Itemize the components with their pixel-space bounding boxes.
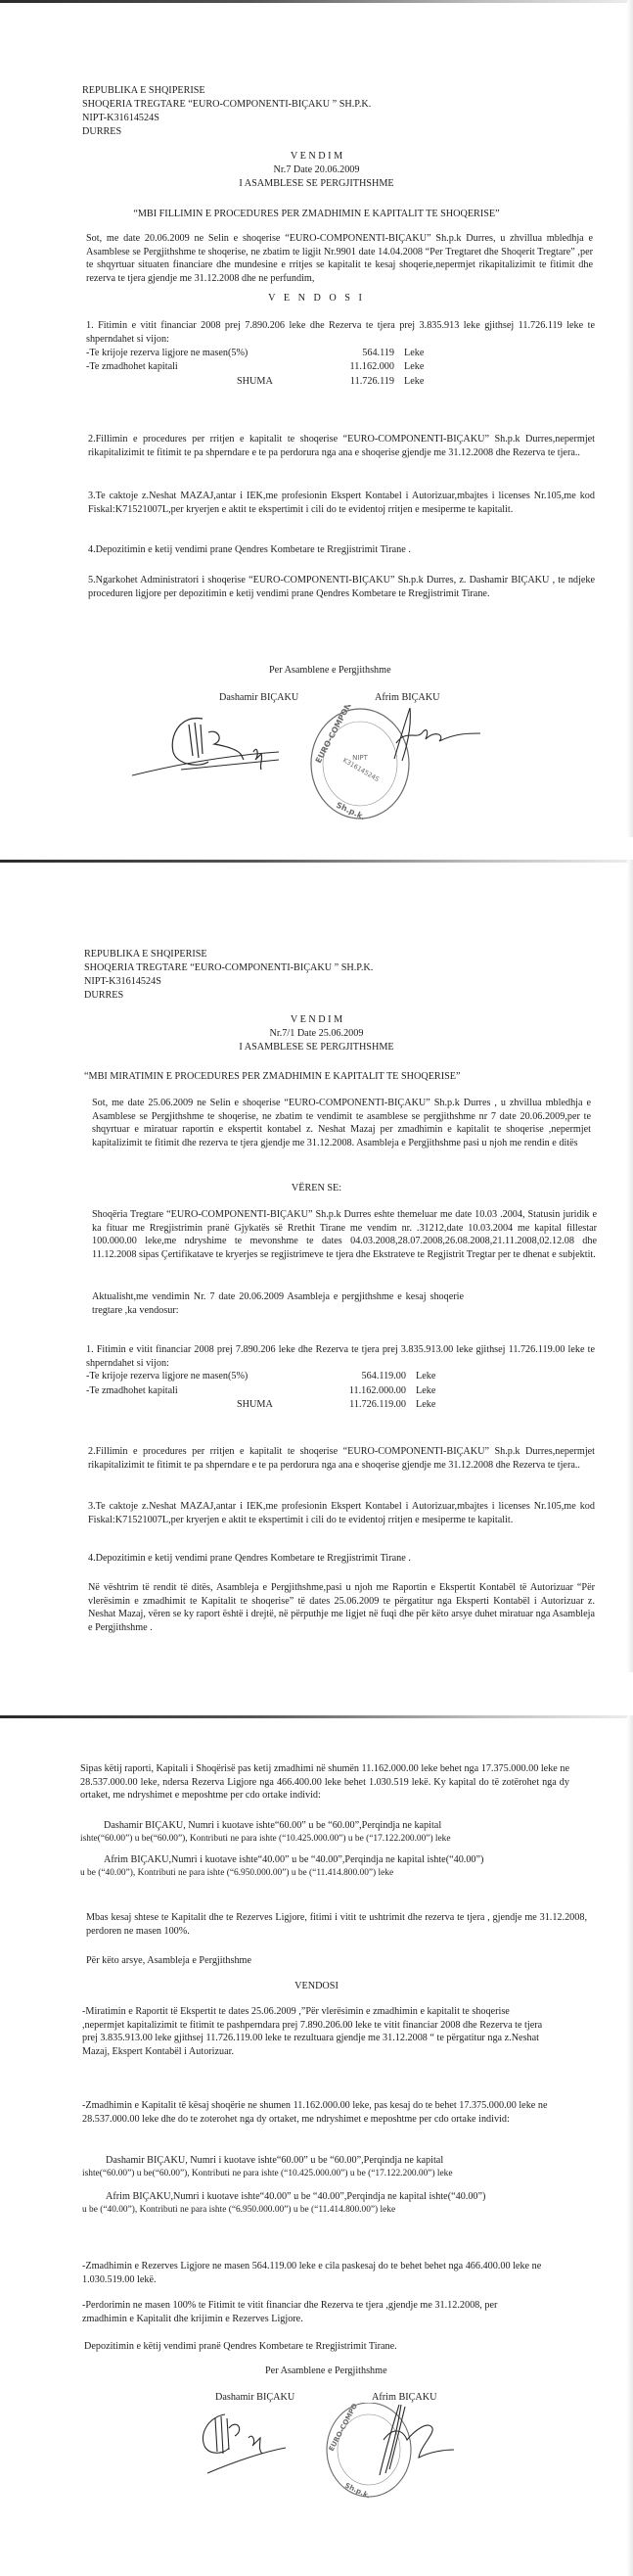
item-3: 3.Te caktoje z.Neshat MAZAJ,antar i IEK,… bbox=[88, 1500, 595, 1526]
table-total-unit: Leke bbox=[404, 376, 424, 387]
founding-paragraph: Shoqëria Tregtare “EURO-COMPONENTI-BIÇAK… bbox=[92, 1208, 597, 1261]
header-republic: REPUBLIKA E SHQIPERISE bbox=[82, 84, 205, 97]
partner-2-line-2: u be (“40.00”), Kontributi ne para ishte… bbox=[82, 2204, 395, 2217]
svg-text:NIPT: NIPT bbox=[352, 754, 369, 762]
svg-text:EURO-COMPO: EURO-COMPO bbox=[328, 2403, 359, 2453]
review-paragraph: Në vështrim të rendit të ditës, Asamblej… bbox=[88, 1581, 595, 1634]
decision-number: Nr.7 Date 20.06.2009 bbox=[0, 164, 633, 175]
table-total-unit: Leke bbox=[416, 1399, 435, 1410]
table-row-unit: Leke bbox=[416, 1371, 435, 1382]
page-3: Sipas këtij raporti, Kapitali i Shoqëris… bbox=[0, 1715, 633, 2576]
table-row-amount: 11.162.000 bbox=[306, 361, 394, 372]
partner-text: Afrim BIÇAKU,Numri i kuotave ishte“40.00… bbox=[104, 1854, 483, 1865]
page-edge bbox=[0, 1715, 633, 1718]
decision-body: I ASAMBLESE SE PERGJITHSHME bbox=[0, 178, 633, 189]
notes-heading: VËREN SE: bbox=[0, 1183, 633, 1194]
table-row-amount: 11.162.000.00 bbox=[318, 1385, 406, 1396]
page-edge bbox=[0, 0, 633, 3]
table-row-amount: 564.119.00 bbox=[318, 1371, 406, 1382]
header-company: SHOQERIA TREGTARE “EURO-COMPONENTI-BIÇAK… bbox=[82, 98, 371, 111]
partner-2-line-1: Afrim BIÇAKU,Numri i kuotave ishte“40.00… bbox=[82, 2190, 485, 2203]
intro-paragraph: Sot, me date 20.06.2009 ne Selin e shoqe… bbox=[86, 232, 593, 285]
signature-1 bbox=[132, 705, 298, 783]
page-edge bbox=[627, 860, 633, 1672]
partner-text: Dashamir BIÇAKU, Numri i kuotave ishte“6… bbox=[104, 1820, 441, 1831]
header-nipt: NIPT-K31614524S bbox=[84, 975, 161, 988]
after-paragraph: Mbas kesaj shtese te Kapitalit dhe te Re… bbox=[86, 1911, 587, 1938]
partner-1-line-2: ishte(“60.00”) u be(“60.00”), Kontributi… bbox=[82, 2168, 453, 2180]
capital-increase-paragraph: -Zmadhimin e Kapitalit të kësaj shoqërie… bbox=[82, 2099, 552, 2126]
partner-2-line-2: u be (“40.00”), Kontributi ne para ishte… bbox=[80, 1867, 393, 1880]
header-city: DURRES bbox=[82, 125, 121, 138]
report-paragraph: Sipas këtij raporti, Kapitali i Shoqëris… bbox=[80, 1762, 569, 1803]
signature-1 bbox=[196, 2409, 294, 2477]
partner-1-line-2: ishte(“60.00”) u be(“60.00”), Kontributi… bbox=[80, 1833, 451, 1846]
decision-number: Nr.7/1 Date 25.06.2009 bbox=[0, 1028, 633, 1039]
decides-heading: VENDOSI bbox=[0, 1981, 633, 1991]
partner-text: Dashamir BIÇAKU, Numri i kuotave ishte“6… bbox=[106, 2155, 443, 2166]
item-5: 5.Ngarkohet Administratori i shoqerise “… bbox=[88, 574, 595, 600]
page-edge bbox=[627, 0, 633, 837]
decision-title: V E N D I M bbox=[0, 1014, 633, 1025]
table-total-amount: 11.726.119.00 bbox=[318, 1399, 406, 1410]
decision-subject: “MBI MIRATIMIN E PROCEDURES PER ZMADHIMI… bbox=[84, 1070, 461, 1083]
page-edge bbox=[627, 1715, 633, 2576]
current-paragraph: Aktualisht,me vendimin Nr. 7 date 20.06.… bbox=[92, 1290, 464, 1317]
item-1: 1. Fitimin e vitit financiar 2008 prej 7… bbox=[86, 319, 595, 346]
item-2: 2.Fillimin e procedures per rritjen e ka… bbox=[88, 433, 595, 459]
header-republic: REPUBLIKA E SHQIPERISE bbox=[84, 948, 207, 960]
svg-text:Sh.p.k.: Sh.p.k. bbox=[335, 801, 366, 822]
signoff: Per Asamblene e Pergjithshme bbox=[269, 664, 391, 677]
item-2: 2.Fillimin e procedures per rritjen e ka… bbox=[88, 1445, 595, 1472]
signature-2 bbox=[386, 700, 484, 788]
decides-heading: V E N D O S I bbox=[0, 293, 633, 304]
partner-2-line-1: Afrim BIÇAKU,Numri i kuotave ishte“40.00… bbox=[80, 1853, 483, 1866]
approve-paragraph: -Miratimin e Raportit të Ekspertit te da… bbox=[82, 2005, 552, 2058]
header-city: DURRES bbox=[84, 989, 123, 1002]
item-1: 1. Fitimin e vitit financiar 2008 prej 7… bbox=[86, 1343, 595, 1370]
signoff: Per Asamblene e Pergjithshme bbox=[265, 2365, 387, 2377]
table-row-unit: Leke bbox=[404, 348, 424, 358]
decision-body: I ASAMBLESE SE PERGJITHSHME bbox=[0, 1042, 633, 1053]
table-row-label: -Te krijoje rezerva ligjore ne masen(5%) bbox=[86, 348, 248, 358]
decision-title: V E N D I M bbox=[0, 151, 633, 162]
partner-1-line-1: Dashamir BIÇAKU, Numri i kuotave ishte“6… bbox=[80, 1819, 441, 1832]
signer-1-name: Dashamir BIÇAKU bbox=[215, 2391, 294, 2404]
partner-text: Afrim BIÇAKU,Numri i kuotave ishte“40.00… bbox=[106, 2191, 485, 2202]
table-total-amount: 11.726.119 bbox=[306, 376, 394, 387]
table-total-label: SHUMA bbox=[237, 376, 273, 387]
table-row-unit: Leke bbox=[404, 361, 424, 372]
page-1: REPUBLIKA E SHQIPERISE SHOQERIA TREGTARE… bbox=[0, 0, 633, 837]
reserve-paragraph: -Zmadhimin e Rezerves Ligjore ne masen 5… bbox=[82, 2260, 571, 2286]
header-company: SHOQERIA TREGTARE “EURO-COMPONENTI-BIÇAK… bbox=[84, 961, 373, 974]
table-row-label: -Te zmadhohet kapitali bbox=[86, 361, 178, 372]
header-nipt: NIPT-K31614524S bbox=[82, 112, 159, 124]
table-row-label: -Te zmadhohet kapitali bbox=[86, 1385, 178, 1396]
item-4: 4.Depozitimin e ketij vendimi prane Qend… bbox=[88, 1552, 411, 1565]
page-2: REPUBLIKA E SHQIPERISE SHOQERIA TREGTARE… bbox=[0, 860, 633, 1672]
item-3: 3.Te caktoje z.Neshat MAZAJ,antar i IEK,… bbox=[88, 490, 595, 516]
signature-2 bbox=[360, 2401, 468, 2489]
table-total-label: SHUMA bbox=[237, 1399, 273, 1410]
table-row-amount: 564.119 bbox=[306, 348, 394, 358]
partner-1-line-1: Dashamir BIÇAKU, Numri i kuotave ishte“6… bbox=[82, 2154, 443, 2167]
table-row-unit: Leke bbox=[416, 1385, 435, 1396]
reasons-line: Për këto arsye, Asambleja e Pergjithshme bbox=[86, 1954, 251, 1967]
decision-subject: “MBI FILLIMIN E PROCEDURES PER ZMADHIMIN… bbox=[0, 209, 633, 219]
intro-paragraph: Sot, me date 25.06.2009 ne Selin e shoqe… bbox=[92, 1097, 591, 1149]
table-row-label: -Te krijoje rezerva ligjore ne masen(5%) bbox=[86, 1371, 248, 1382]
item-4: 4.Depozitimin e ketij vendimi prane Qend… bbox=[88, 543, 411, 556]
page-edge bbox=[0, 860, 633, 863]
usage-paragraph: -Perdorimin ne masen 100% te Fitimit te … bbox=[82, 2299, 532, 2325]
signer-1-name: Dashamir BIÇAKU bbox=[219, 691, 298, 704]
deposit-line: Depozitimin e këtij vendimi pranë Qendre… bbox=[84, 2340, 397, 2353]
